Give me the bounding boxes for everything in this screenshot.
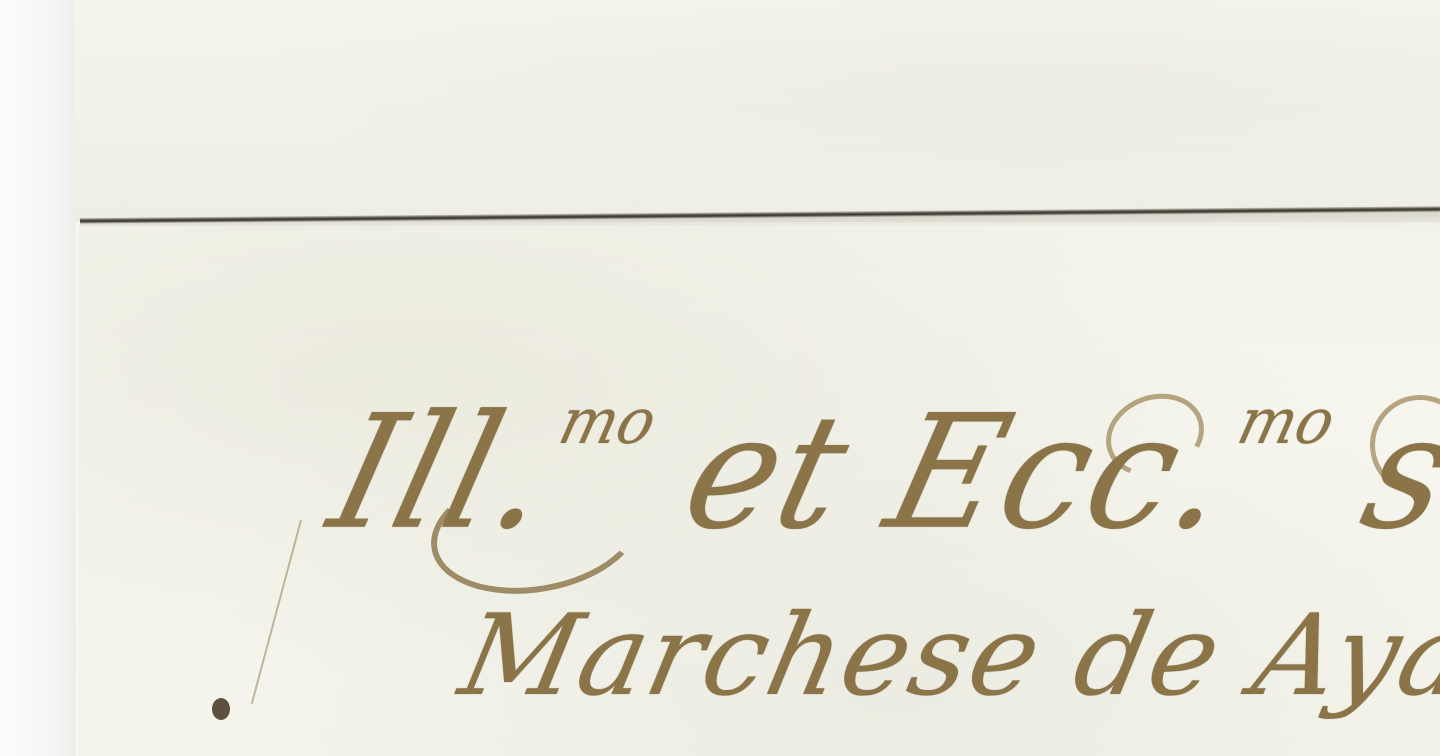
salutation-word-illmo: Ill. — [315, 382, 571, 565]
salutation-line-1: Ill.mo et Ecc.mo sig. il sig.r — [318, 390, 1440, 552]
upper-paper-sheet — [74, 0, 1440, 222]
salutation-word-marchese: Marchese de Ayamonte — [450, 591, 1440, 721]
background-margin — [0, 0, 76, 756]
ink-blot — [212, 698, 230, 720]
salutation-word-ecc: et Ecc. — [619, 382, 1250, 565]
salutation-line-2: Marchese de Ayamonte (a — [452, 600, 1440, 712]
manuscript-photo: Ill.mo et Ecc.mo sig. il sig.r Marchese … — [0, 0, 1440, 756]
